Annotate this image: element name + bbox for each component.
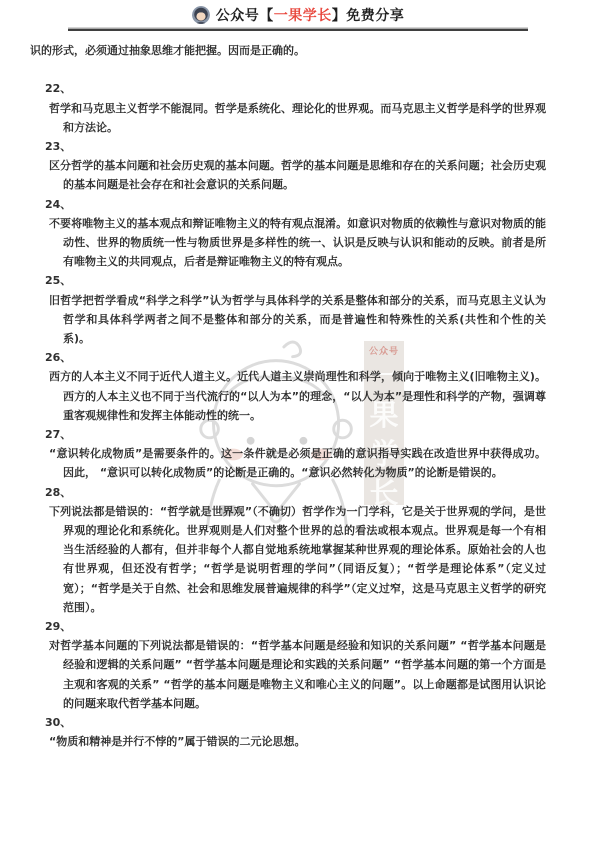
notes-content: 识的形式，必须通过抽象思维才能把握。因而是正确的。 22、 哲学和马克思主义哲学… [30, 41, 546, 752]
item-number: 22、 [45, 79, 546, 98]
note-item-29: 29、 对哲学基本问题的下列说法都是错误的：“哲学基本问题是经验和知识的关系问题… [30, 617, 546, 713]
note-item-27: 27、 “意识转化成物质”是需要条件的。这一条件就是必须是正确的意识指导实践在改… [30, 425, 546, 483]
page-header: 公众号【一果学长】免费分享 [0, 5, 596, 25]
page-title: 公众号【一果学长】免费分享 [216, 5, 405, 25]
item-number: 24、 [45, 195, 546, 214]
item-number: 29、 [45, 617, 546, 636]
note-item-28: 28、 下列说法都是错误的：“哲学就是世界观”（不确切）哲学作为一门学科，它是关… [30, 483, 546, 617]
intro-line: 识的形式，必须通过抽象思维才能把握。因而是正确的。 [30, 41, 546, 60]
header-suffix: 】免费分享 [332, 8, 405, 24]
note-item-25: 25、 旧哲学把哲学看成“科学之科学”认为哲学与具体科学的关系是整体和部分的关系… [30, 271, 546, 348]
note-item-30: 30、 “物质和精神是并行不悖的”属于错误的二元论思想。 [30, 713, 546, 751]
item-number: 23、 [45, 137, 546, 156]
item-number: 30、 [45, 713, 546, 732]
header-prefix: 公众号【 [216, 8, 274, 24]
note-item-26: 26、 西方的人本主义不同于近代人道主义。近代人道主义崇尚理性和科学，倾向于唯物… [30, 348, 546, 425]
header-divider [68, 29, 528, 31]
item-number: 28、 [45, 483, 546, 502]
boy-avatar-icon [192, 6, 210, 24]
item-text: 区分哲学的基本问题和社会历史观的基本问题。哲学的基本问题是思维和存在的关系问题；… [63, 156, 546, 194]
note-item-23: 23、 区分哲学的基本问题和社会历史观的基本问题。哲学的基本问题是思维和存在的关… [30, 137, 546, 195]
item-text: “物质和精神是并行不悖的”属于错误的二元论思想。 [63, 732, 546, 751]
item-text: 不要将唯物主义的基本观点和辩证唯物主义的特有观点混淆。如意识对物质的依赖性与意识… [63, 214, 546, 272]
note-item-24: 24、 不要将唯物主义的基本观点和辩证唯物主义的特有观点混淆。如意识对物质的依赖… [30, 195, 546, 272]
item-text: 对哲学基本问题的下列说法都是错误的：“哲学基本问题是经验和知识的关系问题” “哲… [63, 636, 546, 713]
document-page: 公众号【一果学长】免费分享 公 [0, 0, 596, 842]
item-text: “意识转化成物质”是需要条件的。这一条件就是必须是正确的意识指导实践在改造世界中… [63, 444, 546, 482]
note-item-22: 22、 哲学和马克思主义哲学不能混同。哲学是系统化、理论化的世界观。而马克思主义… [30, 79, 546, 137]
item-text: 哲学和马克思主义哲学不能混同。哲学是系统化、理论化的世界观。而马克思主义哲学是科… [63, 99, 546, 137]
item-text: 下列说法都是错误的：“哲学就是世界观”（不确切）哲学作为一门学科，它是关于世界观… [63, 502, 546, 617]
item-number: 25、 [45, 271, 546, 290]
item-number: 27、 [45, 425, 546, 444]
item-number: 26、 [45, 348, 546, 367]
item-text: 西方的人本主义不同于近代人道主义。近代人道主义崇尚理性和科学，倾向于唯物主义(旧… [63, 367, 546, 425]
item-text: 旧哲学把哲学看成“科学之科学”认为哲学与具体科学的关系是整体和部分的关系，而马克… [63, 291, 546, 349]
header-brand: 一果学长 [274, 8, 332, 24]
